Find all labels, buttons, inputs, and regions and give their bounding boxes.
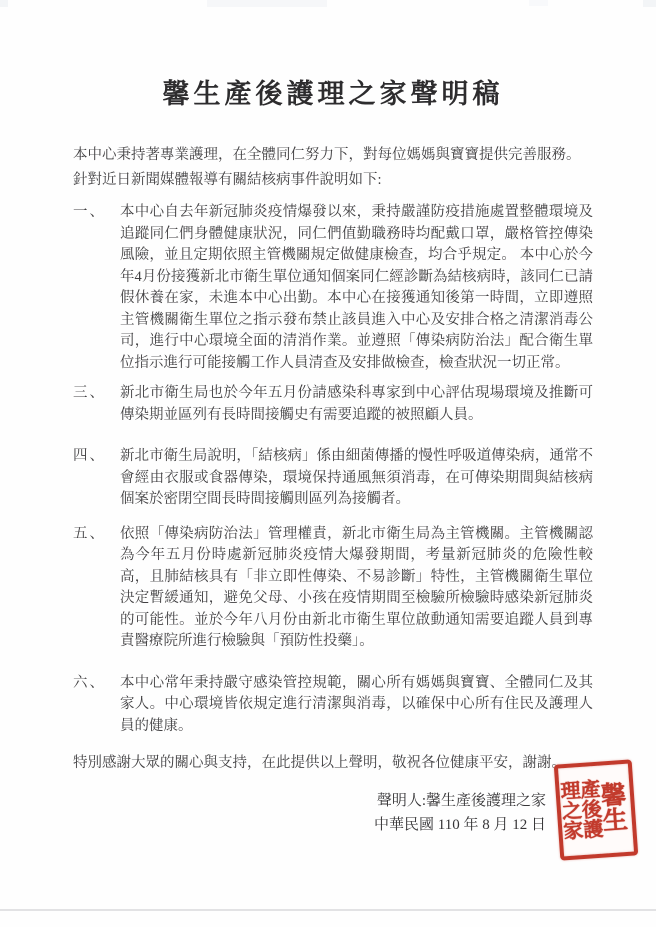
scan-artifact bbox=[529, 0, 548, 6]
section-number: 四、 bbox=[73, 446, 120, 468]
scan-artifact bbox=[207, 0, 327, 7]
seal-column: 馨生 bbox=[599, 767, 630, 851]
scan-artifact bbox=[0, 0, 8, 7]
statement-section-6: 六、 本中心常年秉持嚴守感染管控規範，關心所有媽媽與寶寶、全體同仁及其家人。中心… bbox=[73, 673, 593, 738]
intro-line-2: 針對近日新聞媒體報導有關結核病事件說明如下: bbox=[73, 168, 593, 193]
statement-section-5: 五、 依照「傳染病防治法」管理權責，新北市衛生局為主管機關。主管機關認為今年五月… bbox=[73, 524, 593, 653]
statement-section-4: 四、 新北市衛生局說明，「結核病」係由細菌傳播的慢性呼吸道傳染病，通常不會經由衣… bbox=[73, 446, 593, 511]
statement-body: 馨生產後護理之家聲明稿 本中心秉持著專業護理，在全體同仁努力下，對每位媽媽與寶寶… bbox=[73, 72, 593, 837]
scan-edge-line bbox=[0, 909, 656, 911]
section-text: 新北市衛生局說明，「結核病」係由細菌傳播的慢性呼吸道傳染病，通常不會經由衣服或食… bbox=[120, 446, 593, 511]
page-title: 馨生產後護理之家聲明稿 bbox=[73, 72, 593, 111]
signer-line: 聲明人:馨生產後護理之家 bbox=[73, 789, 546, 813]
section-text: 依照「傳染病防治法」管理權責，新北市衛生局為主管機關。主管機關認為今年五月份時處… bbox=[120, 524, 593, 653]
section-number: 三、 bbox=[73, 383, 120, 405]
official-seal: 馨生 產後護 理之家 bbox=[554, 759, 639, 860]
section-text: 本中心常年秉持嚴守感染管控規範，關心所有媽媽與寶寶、全體同仁及其家人。中心環境皆… bbox=[120, 673, 593, 738]
section-number: 五、 bbox=[73, 524, 120, 546]
section-text: 本中心自去年新冠肺炎疫情爆發以來，秉持嚴謹防疫措施處置整體環境及追蹤同仁們身體健… bbox=[120, 202, 593, 374]
section-number: 六、 bbox=[73, 673, 120, 695]
intro-line-1: 本中心秉持著專業護理，在全體同仁努力下，對每位媽媽與寶寶提供完善服務。 bbox=[73, 143, 593, 168]
section-text: 新北市衛生局也於今年五月份請感染科專家到中心評估現場環境及推斷可傳染期並區列有長… bbox=[120, 383, 593, 426]
intro-paragraph: 本中心秉持著專業護理，在全體同仁努力下，對每位媽媽與寶寶提供完善服務。 針對近日… bbox=[73, 143, 593, 193]
statement-page: 馨生產後護理之家聲明稿 本中心秉持著專業護理，在全體同仁努力下，對每位媽媽與寶寶… bbox=[0, 0, 656, 927]
statement-section-1: 一、 本中心自去年新冠肺炎疫情爆發以來，秉持嚴謹防疫措施處置整體環境及追蹤同仁們… bbox=[73, 202, 593, 374]
section-number: 一、 bbox=[73, 202, 120, 224]
scan-artifact bbox=[643, 0, 656, 7]
statement-section-3: 三、 新北市衛生局也於今年五月份請感染科專家到中心評估現場環境及推斷可傳染期並區… bbox=[73, 383, 593, 426]
date-line: 中華民國 110 年 8 月 12 日 bbox=[73, 813, 546, 837]
closing-line: 特別感謝大眾的關心與支持，在此提供以上聲明，敬祝各位健康平安，謝謝。 bbox=[73, 752, 593, 774]
signature-block: 聲明人:馨生產後護理之家 中華民國 110 年 8 月 12 日 bbox=[73, 789, 546, 837]
